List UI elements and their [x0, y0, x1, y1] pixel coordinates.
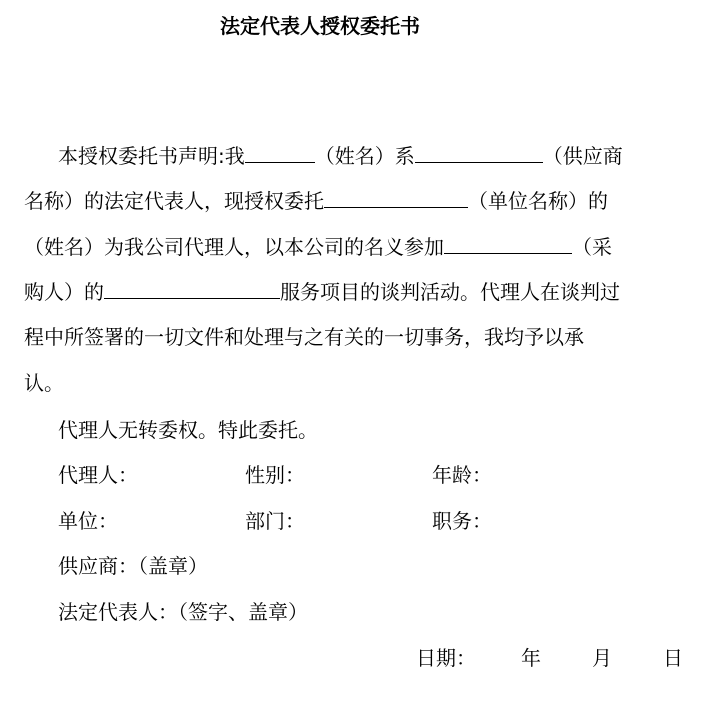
paragraph-line-1: 本授权委托书声明:我（姓名）系（供应商 [58, 142, 623, 170]
text: 名称）的法定代表人，现授权委托 [24, 189, 324, 213]
paragraph-line-5: 程中所签署的一切文件和处理与之有关的一切事务，我均予以承 [24, 323, 584, 351]
paragraph-line-2: 名称）的法定代表人，现授权委托（单位名称）的 [24, 187, 608, 215]
supplier-blank[interactable] [415, 142, 543, 163]
text: 本授权委托书声明:我 [58, 144, 245, 168]
age-label: 年龄： [432, 461, 492, 489]
text: 购人）的 [24, 280, 104, 304]
unit-label: 单位： [58, 507, 118, 535]
date-year: 年 [521, 644, 541, 672]
text: （供应商 [543, 144, 623, 168]
unit-blank[interactable] [324, 187, 468, 208]
date-month: 月 [592, 644, 612, 672]
text: （单位名称）的 [468, 189, 608, 213]
position-label: 职务： [432, 507, 492, 535]
document-title: 法定代表人授权委托书 [0, 10, 640, 39]
text: （采 [572, 235, 612, 259]
gender-label: 性别： [245, 461, 305, 489]
date-label: 日期： [416, 644, 476, 672]
name-blank[interactable] [245, 142, 315, 163]
agent-label: 代理人： [58, 461, 138, 489]
paragraph-line-6: 认。 [24, 369, 64, 397]
project-blank[interactable] [104, 278, 280, 299]
paragraph-2: 代理人无转委权。特此委托。 [58, 416, 318, 444]
supplier-seal: 供应商：（盖章） [58, 552, 208, 580]
legal-rep-signature: 法定代表人：（签字、盖章） [58, 598, 308, 626]
purchaser-blank[interactable] [444, 233, 572, 254]
text: （姓名）系 [315, 144, 415, 168]
department-label: 部门： [245, 507, 305, 535]
date-day: 日 [663, 644, 683, 672]
paragraph-line-3: （姓名）为我公司代理人，以本公司的名义参加（采 [24, 233, 612, 261]
text: （姓名）为我公司代理人，以本公司的名义参加 [24, 235, 444, 259]
text: 服务项目的谈判活动。代理人在谈判过 [280, 280, 620, 304]
paragraph-line-4: 购人）的服务项目的谈判活动。代理人在谈判过 [24, 278, 620, 306]
